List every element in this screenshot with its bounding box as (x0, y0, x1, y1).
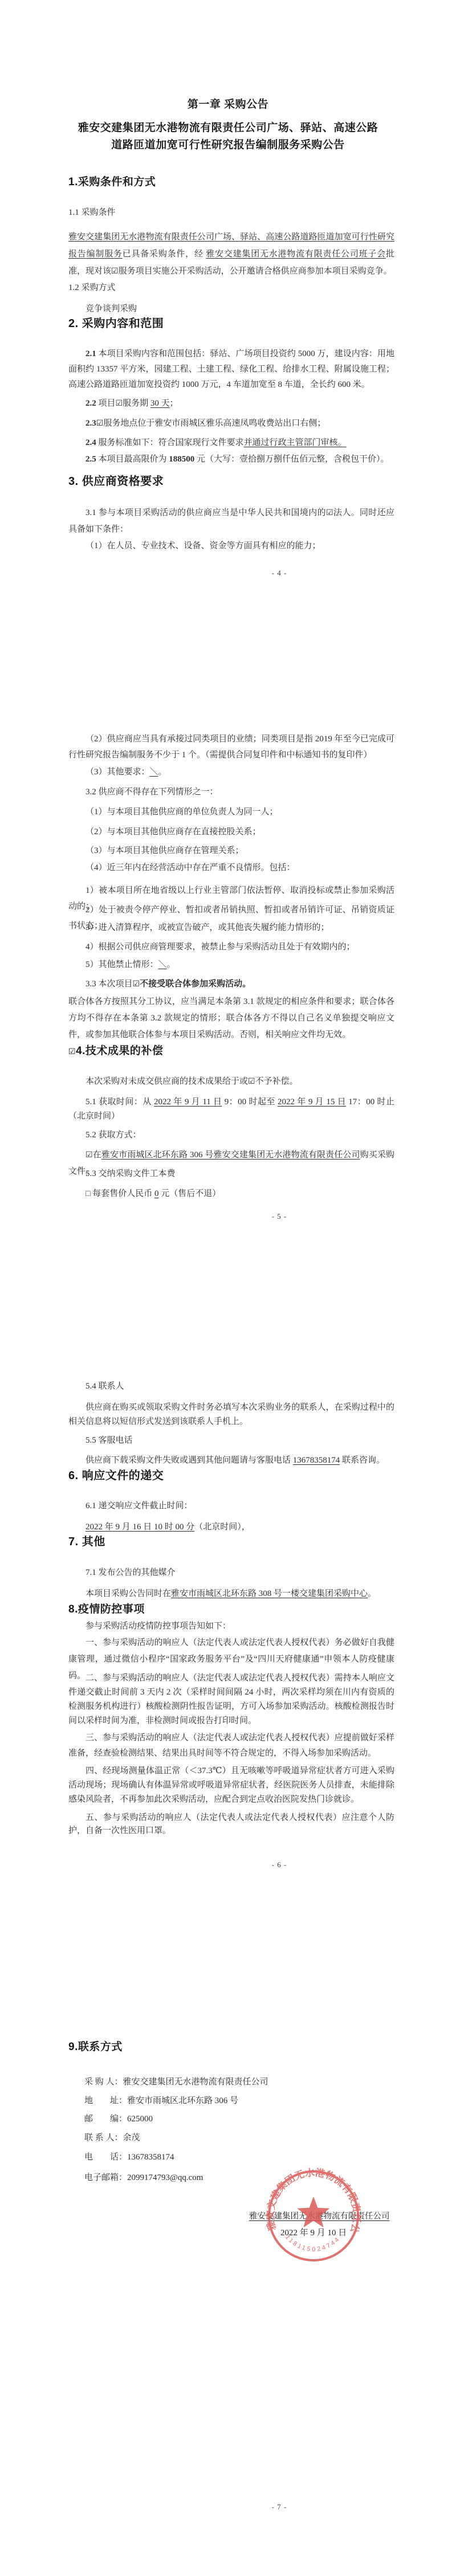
contact-value: 雅安交建集团无水港物流有限责任公司 (123, 2077, 268, 2087)
section-9-heading: 9.联系方式 (68, 2040, 394, 2055)
document: { "meta": { "background": "#ffffff", "in… (0, 0, 456, 2576)
purchase-conditions-paragraph: 雅安交建集团无水港物流有限责任公司广场、驿站、高速公路道路匝道加宽可行性研究报告… (68, 228, 394, 280)
contact-row-address: 地 址：雅安市雨城区北环东路 306 号 (84, 2093, 404, 2108)
cond-text-1: 已具备采购条件，经 (123, 250, 206, 259)
clause-3-3-text-2: 不接受联合体参加采购活动。 (140, 979, 251, 989)
clause-2-2-text-3: ； (170, 399, 178, 408)
contact-label: 电 话： (84, 2153, 127, 2162)
star-icon (298, 2197, 330, 2227)
end-date-underlined: 2022 年 9 月 15 日 (278, 1097, 346, 1107)
contact-label: 采 购 人： (84, 2077, 123, 2087)
clause-2-3: 2.3☑服务地点位于雅安市雨城区雅乐高速凤鸣收费站出口右侧； (68, 415, 394, 432)
section-6-heading: 6. 响应文件的递交 (68, 1468, 394, 1483)
contact-label: 联 系 人： (84, 2133, 123, 2142)
checked-checkbox-icon: ☑ (96, 419, 104, 428)
clause-3-2-item-2: （2）与本项目其他供应商存在直接控股关系； (68, 824, 394, 840)
deadline-date-underlined: 2022 年 9 月 16 日 10 时 00 分 (85, 1522, 194, 1532)
contact-person-paragraph: 供应商在购买或领取采购文件时务必填写本次采购业务的联系人，在采购过程中的相关信息… (68, 1401, 394, 1429)
qualification-item-2: （2）供应商应当具有承接过同类项目的业绩；同类项目是指 2019 年至今已完成可… (68, 731, 394, 763)
compensation-text-2: 不予补偿。 (255, 1077, 298, 1086)
section-8-heading: 8.疫情防控事项 (68, 1602, 394, 1617)
clause-2-4: 2.4 服务标准如下：符合国家现行文件要求并通过行政主管部门审核。 (68, 435, 394, 451)
clause-5-3-fee: □ 每套售价人民币 0 元（售后不退） (68, 1186, 394, 1202)
sub-5-period: 。 (167, 960, 176, 969)
sub-5-blank-underlined: ＼ (158, 960, 167, 969)
clause-3-2-sub-3: 3）进入清算程序，或被宣告破产，或其他丧失履约能力情形的； (68, 920, 394, 936)
page-number: - 5 - (258, 1212, 301, 1221)
seal-code-text: 118115024744 (284, 2234, 340, 2253)
phone-text-1: 供应商下载采购文件失败或遇到其他问题请与客服电话 (85, 1456, 293, 1465)
clause-3-1-text-1: 3.1 参与本项目采购活动的供应商应当是中华人民共和国境内的 (85, 508, 326, 517)
checked-checkbox-icon: ☑ (326, 509, 333, 517)
clause-6-1-title: 6.1 递交响应文件截止时间： (68, 1498, 394, 1514)
contact-value: 625000 (127, 2114, 153, 2124)
qualification-item-1: （1）在人员、专业技术、设备、资金等方面具有相应的能力； (68, 538, 394, 554)
clause-2-5: 2.5 本项目最高限价为 188500 元（大写：壹拾捌万捌仟伍佰元整，含税包干… (68, 451, 394, 467)
clause-2-5-text-1: 本项目最高限价为 (96, 455, 169, 464)
other-media-paragraph: 本项目采购公告同时在雅安市雨城区北环东路 308 号一楼交建集团采购中心。 (68, 1586, 394, 1602)
fee-text-1: 每套售价人民币 (90, 1189, 154, 1198)
clause-2-2-number: 2.2 (85, 399, 96, 408)
start-date-underlined: 2022 年 9 月 11 日 (154, 1097, 222, 1107)
contact-value: 雅安市雨城区北环东路 306 号 (127, 2096, 238, 2105)
clause-5-1-text-1: 5.1 获取时间：从 (85, 1097, 154, 1107)
procurement-method: 竞争谈判采购 (68, 301, 394, 317)
cond-text-3: 服务项目实施公开采购活动，公开邀请合格供应商参加本项目采购竞争。 (119, 267, 392, 276)
scope-paragraph: 2.1 本项目采购内容和范围包括：驿站、广场项目投资约 5000 万，建设内容：… (68, 346, 394, 393)
contact-row-person: 联 系 人：余茂 (84, 2130, 404, 2145)
consortium-paragraph: 联合体各方按照其分工协议，应当满足本条第 3.1 款规定的相应条件和要求；联合体… (68, 994, 394, 1043)
contact-value: 余茂 (123, 2133, 140, 2142)
document-title-line1: 雅安交建集团无水港物流有限责任公司广场、驿站、高速公路 (78, 122, 378, 134)
contact-row-phone: 电 话：13678358174 (84, 2150, 404, 2165)
company-seal-stamp: 雅安交建集团无水港物流有限责任公司 118115024744 (261, 2163, 366, 2268)
contact-label: 电子邮箱： (84, 2173, 127, 2182)
section-3-heading: 3. 供应商资格要求 (68, 474, 394, 489)
clause-2-2: 2.2 项目☑服务期 30 天； (68, 395, 394, 412)
checked-checkbox-icon: ☑ (111, 267, 119, 276)
service-period-underlined: 30 天 (150, 399, 170, 408)
document-title: 雅安交建集团无水港物流有限责任公司广场、驿站、高速公路 道路匝道加宽可行性研究报… (65, 120, 391, 154)
clause-5-1-text-2: 9：00 时起至 (222, 1097, 278, 1107)
approver-underlined: 雅安交建集团无水港物流有限责任公司班子会 (206, 250, 386, 259)
contact-value: 13678358174 (127, 2153, 174, 2162)
fee-text-2: 元（售后不退） (158, 1189, 221, 1198)
sub-5-text: 5）其他禁止情形： (85, 960, 158, 969)
epidemic-item-5: 五、参与采购活动的响应人（法定代表人或法定代表人授权代表）应注意个人防护，自备一… (68, 1811, 394, 1838)
checked-checkbox-icon: ☑ (133, 980, 140, 989)
section-1-heading: 1.采购条件和方式 (68, 175, 394, 190)
clause-3-1: 3.1 参与本项目采购活动的供应商应当是中华人民共和国境内的☑法人。同时还应具备… (68, 505, 394, 538)
clause-5-2-text-1: 在 (93, 1150, 101, 1160)
service-phone-underlined: 13678358174 (293, 1456, 340, 1465)
checked-checkbox-icon: ☑ (116, 399, 123, 408)
clause-5-3-title: 5.3 交纳采购文件工本费 (68, 1166, 394, 1182)
chapter-heading: 第一章 采购公告 (65, 97, 391, 112)
clause-2-3-number: 2.3 (85, 419, 96, 428)
clause-3-2-item-3: （3）与本项目其他供应商存在管理关系； (68, 843, 394, 859)
page-number: - 4 - (258, 569, 301, 578)
clause-2-2-text-1: 项目 (96, 399, 116, 408)
clause-3-2-item-1: （1）与本项目其他供应商的单位负责人为同一人； (68, 804, 394, 820)
section-1-1-title: 1.1 采购条件 (68, 205, 394, 221)
clause-2-1-text: 本项目采购内容和范围包括：驿站、广场项目投资约 5000 万，建设内容：用地面积… (68, 349, 394, 389)
checked-checkbox-icon: ☑ (248, 1077, 255, 1086)
checked-checkbox-icon: ☑ (85, 1151, 93, 1160)
contact-label: 地 址： (84, 2096, 127, 2105)
clause-3-2-title: 3.2 供应商不得存在下列情形之一： (68, 784, 394, 800)
item-3-period: 。 (158, 768, 167, 777)
clause-2-3-text: 服务地点位于雅安市雨城区雅乐高速凤鸣收费站出口右侧； (103, 419, 325, 428)
checked-checkbox-icon: ☑ (68, 1047, 76, 1056)
epidemic-item-3: 三、参与采购活动的响应人（法定代表人或法定代表人授权代表）应提前做好采样准备，经… (68, 1730, 394, 1761)
deadline-suffix: （北京时间）， (194, 1522, 250, 1532)
clause-3-2-item-4: （4）近三年内在经营活动中存在严重不良情形。包括： (68, 860, 394, 876)
item-3-blank-underlined: ＼ (150, 768, 158, 777)
qualification-item-3: （3）其他要求：＼。 (68, 764, 394, 780)
clause-2-2-text-2: 服务期 (123, 399, 150, 408)
clause-2-4-number: 2.4 (85, 438, 96, 447)
clause-3-3: 3.3 本次项目☑不接受联合体参加采购活动。 (68, 976, 394, 993)
seal-company-text: 雅安交建集团无水港物流有限责任公司 (261, 2163, 363, 2235)
contact-row-purchaser: 采 购 人：雅安交建集团无水港物流有限责任公司 (84, 2075, 404, 2089)
svg-text:118115024744: 118115024744 (284, 2234, 340, 2253)
clause-5-1: 5.1 获取时间：从 2022 年 9 月 11 日 9：00 时起至 2022… (68, 1095, 394, 1124)
page-number: - 7 - (258, 2502, 301, 2512)
clause-3-2-sub-5: 5）其他禁止情形：＼。 (68, 957, 394, 973)
contact-row-postcode: 邮 编：625000 (84, 2112, 404, 2126)
clause-2-5-number: 2.5 (85, 455, 96, 464)
contact-value: 2099174793@qq.com (127, 2173, 203, 2182)
section-1-2-title: 1.2 采购方式 (68, 280, 394, 296)
clause-2-1-number: 2.1 (85, 349, 96, 358)
svg-text:雅安交建集团无水港物流有限责任公司: 雅安交建集团无水港物流有限责任公司 (261, 2163, 363, 2235)
deadline-line: 2022 年 9 月 16 日 10 时 00 分（北京时间）， (68, 1519, 394, 1535)
media-text-1: 本项目采购公告同时在 (85, 1589, 171, 1598)
clause-2-5-text-2: 元（大写：壹拾捌万捌仟伍佰元整，含税包干价）。 (194, 455, 389, 464)
item-3-text: （3）其他要求： (85, 768, 150, 777)
media-text-2: 。 (368, 1589, 376, 1598)
price-limit-value: 188500 (169, 455, 194, 464)
page-number: - 6 - (258, 1860, 301, 1869)
epidemic-item-4: 四、经现场测量体温正常（＜37.3℃）且无咳嗽等呼吸道异常症状者方可进入采购活动… (68, 1764, 394, 1807)
clause-7-1-title: 7.1 发布公告的其他媒介 (68, 1565, 394, 1581)
media-address-underlined: 雅安市雨城区北环东路 308 号一楼交建集团采购中心 (171, 1589, 368, 1598)
clause-3-3-text-1: 3.3 本次项目 (85, 979, 133, 989)
service-phone-paragraph: 供应商下载采购文件失败或遇到其他问题请与客服电话 13678358174 联系咨… (68, 1452, 394, 1468)
clause-2-4-text: 服务标准如下：符合国家现行文件要求 (96, 438, 244, 447)
compensation-text-1: 本次采购对未成交供应商的技术成果给于或 (85, 1077, 248, 1086)
clause-3-2-sub-4: 4）根据公司供应商管理要求，被禁止参与采购活动且处于有效期内的； (68, 939, 394, 955)
section-4-heading: ☑4.技术成果的补偿 (68, 1044, 394, 1059)
section-4-heading-text: 4.技术成果的补偿 (76, 1045, 163, 1057)
document-title-line2: 道路匝道加宽可行性研究报告编制服务采购公告 (111, 139, 345, 151)
clause-5-2-title: 5.2 获取方式： (68, 1127, 394, 1143)
clause-5-4-title: 5.4 联系人 (68, 1378, 394, 1394)
approval-underlined: 并通过行政主管部门审核。 (244, 438, 347, 447)
contact-label: 邮 编： (84, 2114, 127, 2124)
epidemic-item-2: 二、参与采购活动的响应人（法定代表人或法定代表人授权代表）需持本人响应文件递交截… (68, 1671, 394, 1728)
compensation-paragraph: 本次采购对未成交供应商的技术成果给于或☑不予补偿。 (68, 1073, 394, 1090)
phone-text-2: 联系咨询。 (340, 1456, 385, 1465)
section-2-heading: 2. 采购内容和范围 (68, 316, 394, 331)
section-7-heading: 7. 其他 (68, 1534, 394, 1549)
clause-5-5-title: 5.5 客服电话 (68, 1432, 394, 1448)
purchase-address-underlined: 雅安市雨城区北环东路 306 号雅安交建集团无水港物流有限责任公司 (101, 1150, 360, 1160)
epidemic-intro: 参与采购活动疫情防控事项告知如下： (68, 1619, 394, 1634)
